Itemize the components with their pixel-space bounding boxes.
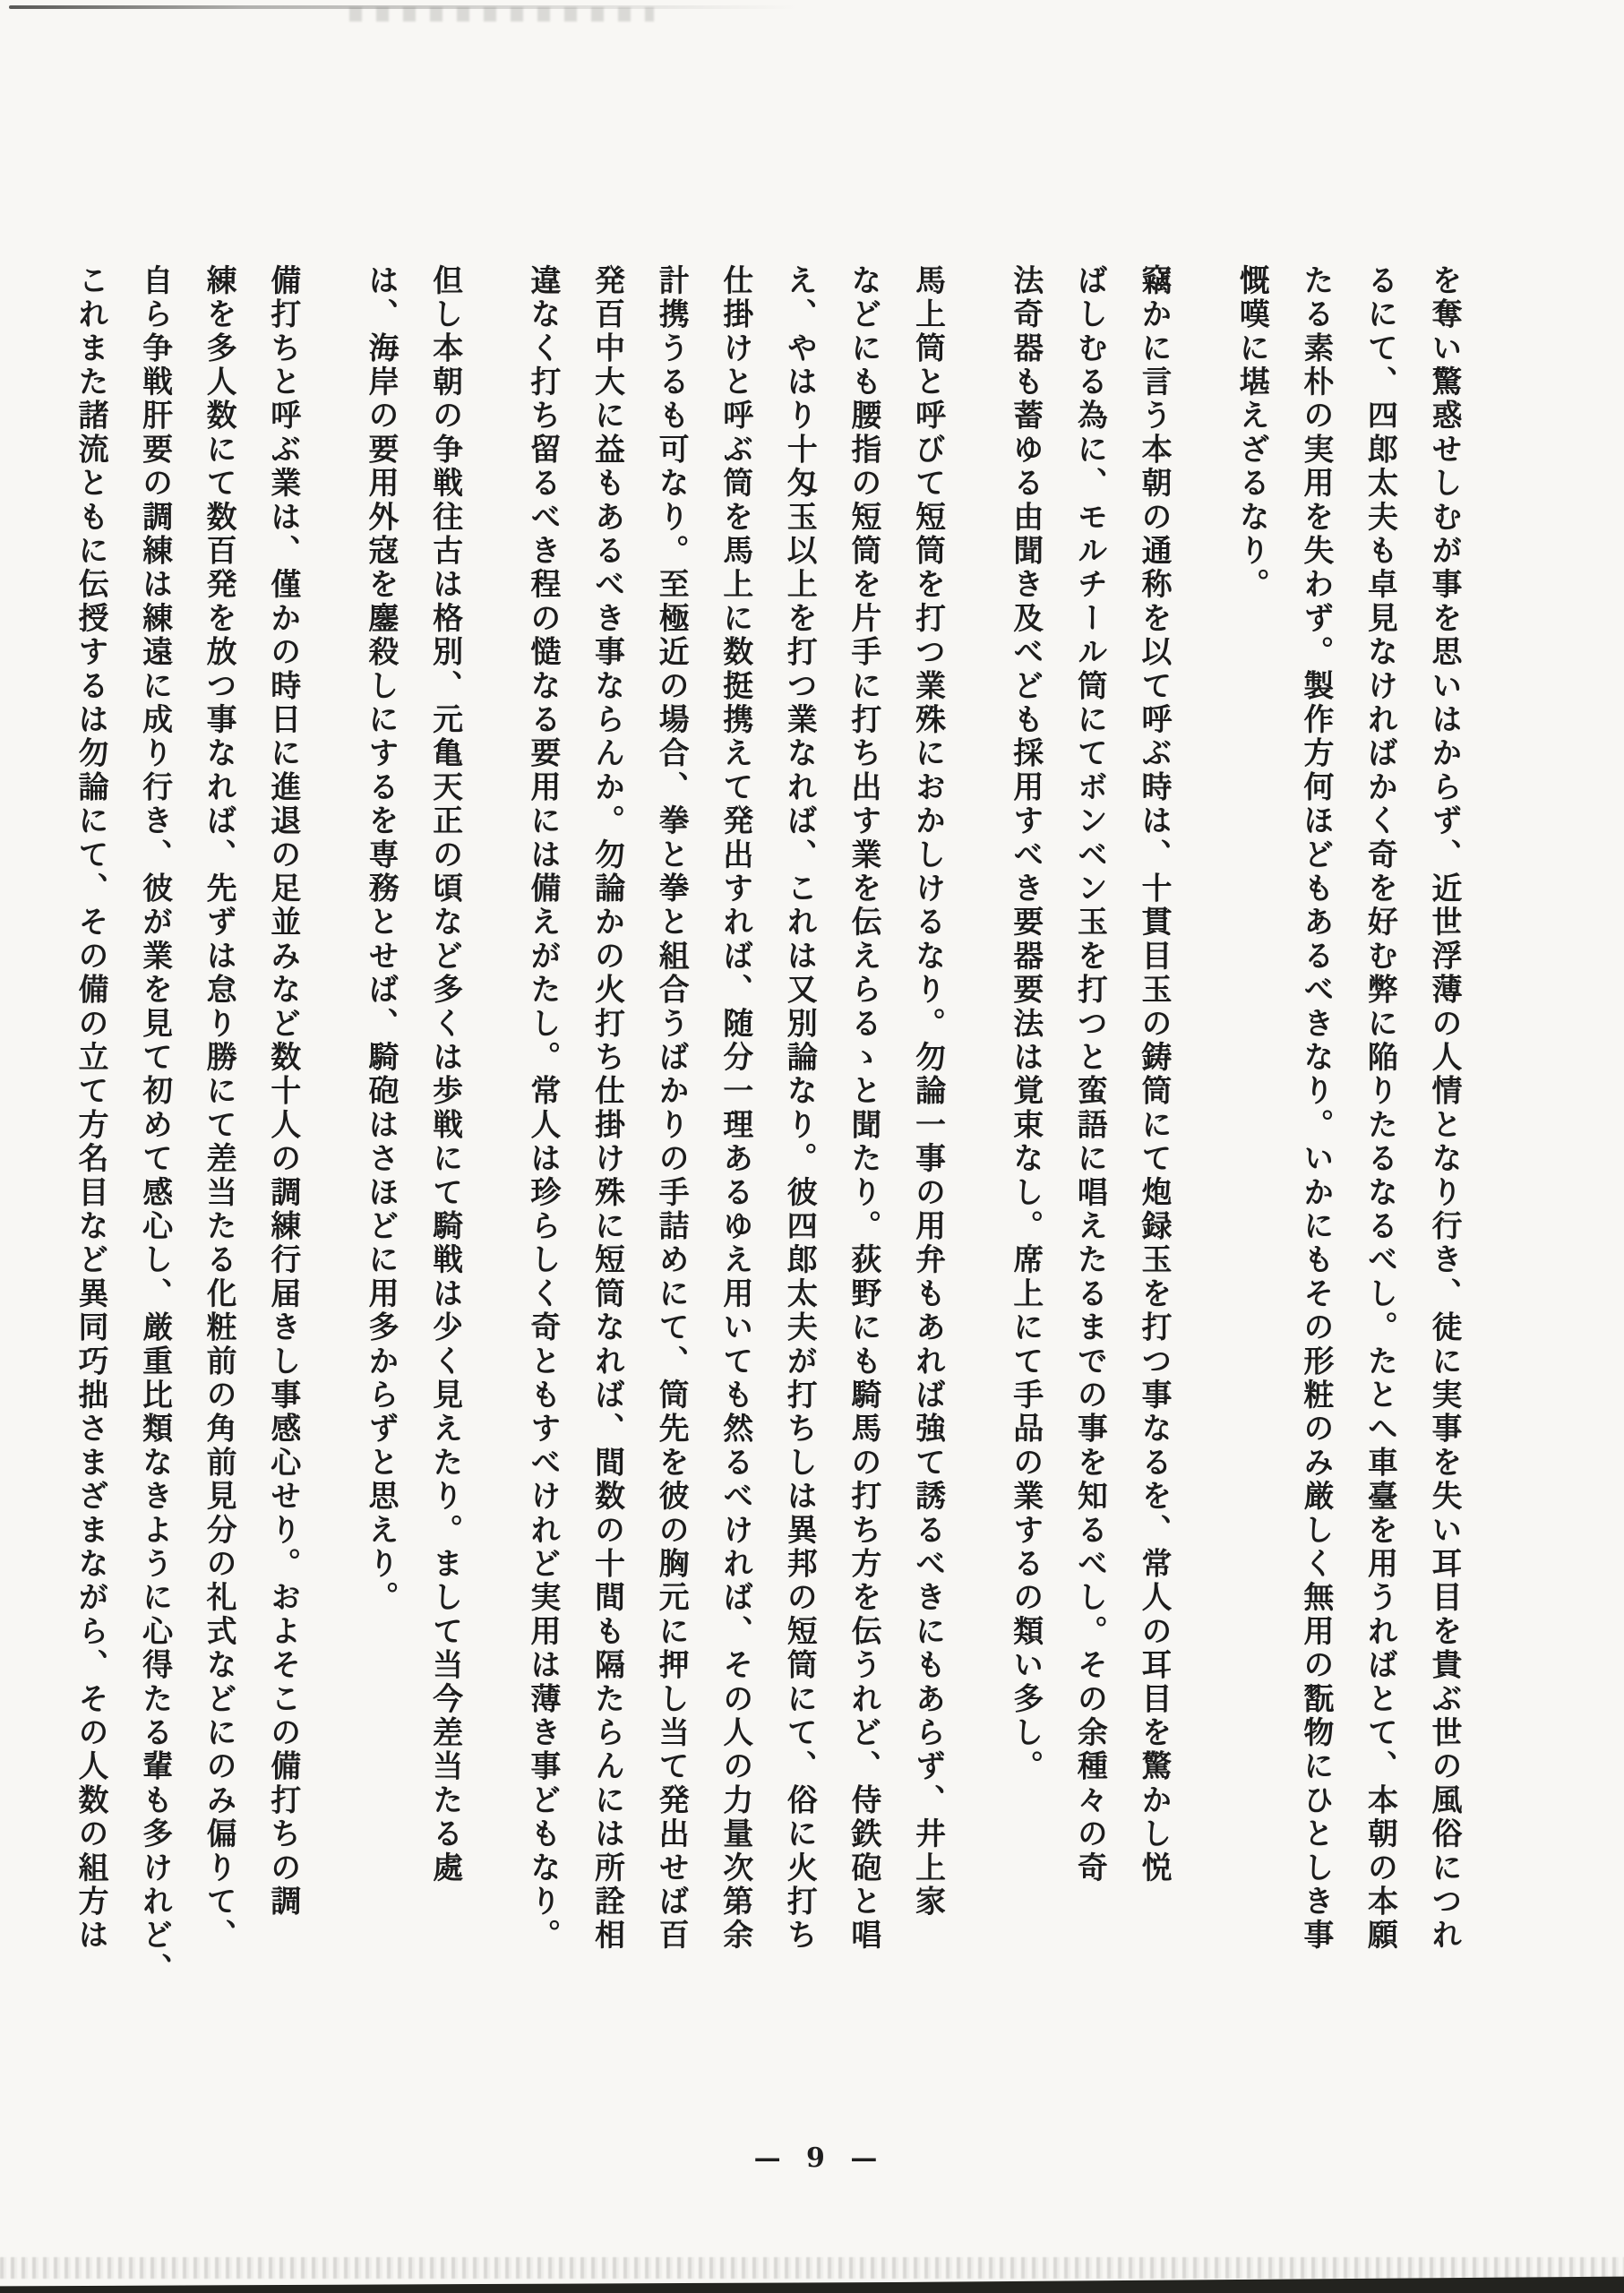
scan-artifact-bottom-noise — [0, 2257, 1624, 2279]
text-column-5: 竊かに言う本朝の通称を以て呼ぶ時は、十貫目玉の鋳筒にて炮録玉を打つ事なるを、常人… — [1121, 264, 1218, 1957]
book-page: を奪い驚惑せしむが事を思いはからず、近世浮薄の人情となり行き、徒に実事を失い耳目… — [0, 0, 1624, 2293]
text-column-9: などにも腰指の短筒を片手に打ち出す業を伝えらるゝと聞たり。荻野にも騎馬の打ち方を… — [830, 264, 895, 1957]
page-number: — 9 — — [754, 2143, 886, 2174]
text-column-11: 仕掛けと呼ぶ筒を馬上に数挺携えて発出すれば、随分一理あるゆえ用いても然るべければ… — [702, 264, 767, 1957]
text-column-16: は、海岸の要用外寇を鏖殺しにするを専務とせば、騎砲はさほどに用多からずと思えり。 — [348, 264, 412, 1957]
text-column-1: を奪い驚惑せしむが事を思いはからず、近世浮薄の人情となり行き、徒に実事を失い耳目… — [1411, 264, 1475, 1957]
text-column-13: 発百中大に益もあるべき事ならんか。勿論かの火打ち仕掛け殊に短筒なれば、間数の十間… — [574, 264, 639, 1957]
text-column-20: これまた諸流ともに伝授するは勿論にて、その備の立て方名目など異同巧拙さまざまなが… — [57, 264, 122, 1957]
text-column-3: たる素朴の実用を失わず。製作方何ほどもあるべきなり。いかにもその形粧のみ厳しく無… — [1283, 264, 1347, 1957]
text-column-4: 慨嘆に堪えざるなり。 — [1219, 264, 1284, 1957]
vertical-text-block: を奪い驚惑せしむが事を思いはからず、近世浮薄の人情となり行き、徒に実事を失い耳目… — [193, 264, 1475, 2020]
text-column-8: 馬上筒と呼びて短筒を打つ業殊におかしけるなり。勿論一事の用弁もあれば強て誘るべき… — [895, 264, 992, 1957]
text-column-2: るにて、四郎太夫も卓見なければかく奇を好む弊に陥りたるなるべし。たとへ車臺を用う… — [1347, 264, 1412, 1957]
text-column-15: 但し本朝の争戦往古は格別、元亀天正の頃など多くは歩戦にて騎戦は少く見えたり。まし… — [412, 264, 510, 1957]
text-column-10: え、やはり十匁玉以上を打つ業なれば、これは又別論なり。彼四郎太夫が打ちしは異邦の… — [767, 264, 831, 1957]
text-column-19: 自ら争戦肝要の調練は練遠に成り行き、彼が業を見て初めて感心し、厳重比類なきように… — [122, 264, 186, 1957]
text-column-17: 備打ちと呼ぶ業は、僅かの時日に進退の足並みなど数十人の調練行届きし事感心せり。お… — [250, 264, 348, 1957]
text-column-7: 法奇器も蓄ゆる由聞き及べども採用すべき要器要法は覚束なし。席上にて手品の業するの… — [992, 264, 1057, 1957]
text-column-14: 違なく打ち留るべき程の慥なる要用には備えがたし。常人は珍らしく奇ともすべけれど実… — [510, 264, 574, 1957]
scan-artifact-top-smudge — [349, 7, 654, 21]
text-column-18: 練を多人数にて数百発を放つ事なれば、先ずは怠り勝にて差当たる化粧前の角前見分の礼… — [186, 264, 251, 1957]
text-column-12: 計携うるも可なり。至極近の場合、拳と拳と組合うばかりの手詰めにて、筒先を彼の胸元… — [639, 264, 703, 1957]
text-column-6: ばしむる為に、モルチール筒にてボンベン玉を打つと蛮語に唱えたるまでの事を知るべし… — [1057, 264, 1121, 1957]
